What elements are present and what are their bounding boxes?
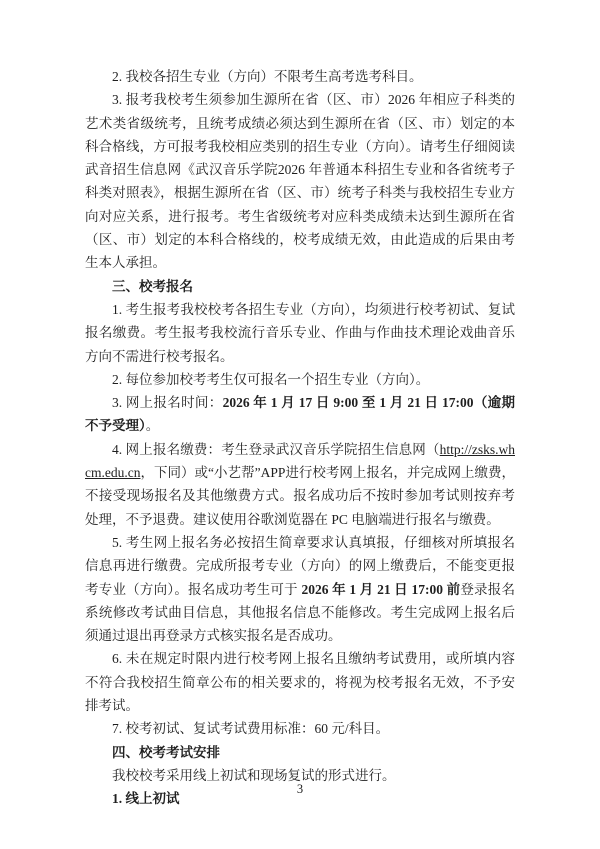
- text-run: 7. 校考初试、复试考试费用标准：60 元/科目。: [112, 721, 389, 736]
- text-run: 1. 考生报考我校校考各招生专业（方向），均须进行校考初试、复试报名缴费。考生报…: [85, 302, 515, 364]
- para-1-initial-retest-fee: 1. 考生报考我校校考各招生专业（方向），均须进行校考初试、复试报名缴费。考生报…: [85, 298, 515, 368]
- text-run: 。: [146, 418, 160, 433]
- para-2-elective-subjects: 2. 我校各招生专业（方向）不限考生高考选考科目。: [85, 65, 515, 88]
- text-run: 三、校考报名: [112, 279, 193, 294]
- text-run: ，下同）或“小艺帮”APP进行校考网上报名，并完成网上缴费，不接受现场报名及其他…: [85, 465, 515, 527]
- para-3-provincial-unified-exam: 3. 报考我校考生须参加生源所在省（区、市）2026 年相应子科类的艺术类省级统…: [85, 88, 515, 274]
- text-run: 四、校考考试安排: [112, 745, 220, 760]
- text-run: 2026 年 1 月 21 日 17:00 前: [301, 582, 460, 597]
- text-run: 3. 报考我校考生须参加生源所在省（区、市）2026 年相应子科类的艺术类省级统…: [85, 92, 515, 270]
- page-number: 3: [297, 782, 303, 796]
- heading-section-4-exam-arrangement: 四、校考考试安排: [85, 741, 515, 764]
- text-run: 6. 未在规定时限内进行校考网上报名且缴纳考试费用，或所填内容不符合我校招生简章…: [85, 651, 515, 713]
- para-3-registration-time: 3. 网上报名时间：2026 年 1 月 17 日 9:00 至 1 月 21 …: [85, 391, 515, 438]
- document-body: 2. 我校各招生专业（方向）不限考生高考选考科目。3. 报考我校考生须参加生源所…: [85, 65, 515, 811]
- text-run: 3. 网上报名时间：: [112, 395, 223, 410]
- para-6-invalid-registration: 6. 未在规定时限内进行校考网上报名且缴纳考试费用，或所填内容不符合我校招生简章…: [85, 647, 515, 717]
- para-7-fee-standard: 7. 校考初试、复试考试费用标准：60 元/科目。: [85, 717, 515, 740]
- para-5-fill-in-carefully: 5. 考生网上报名务必按招生简章要求认真填报，仔细核对所填报名信息再进行缴费。完…: [85, 531, 515, 647]
- heading-section-3-registration: 三、校考报名: [85, 275, 515, 298]
- text-run: 2. 每位参加校考考生仅可报名一个招生专业（方向）。: [112, 372, 429, 387]
- para-4-online-payment: 4. 网上报名缴费：考生登录武汉音乐学院招生信息网（http://zsks.wh…: [85, 438, 515, 531]
- para-2-one-major-only: 2. 每位参加校考考生仅可报名一个招生专业（方向）。: [85, 368, 515, 391]
- text-run: 4. 网上报名缴费：考生登录武汉音乐学院招生信息网（: [112, 442, 440, 457]
- document-page: 2. 我校各招生专业（方向）不限考生高考选考科目。3. 报考我校考生须参加生源所…: [0, 0, 600, 849]
- text-run: 2. 我校各招生专业（方向）不限考生高考选考科目。: [112, 69, 423, 84]
- page-footer: 3: [0, 779, 600, 799]
